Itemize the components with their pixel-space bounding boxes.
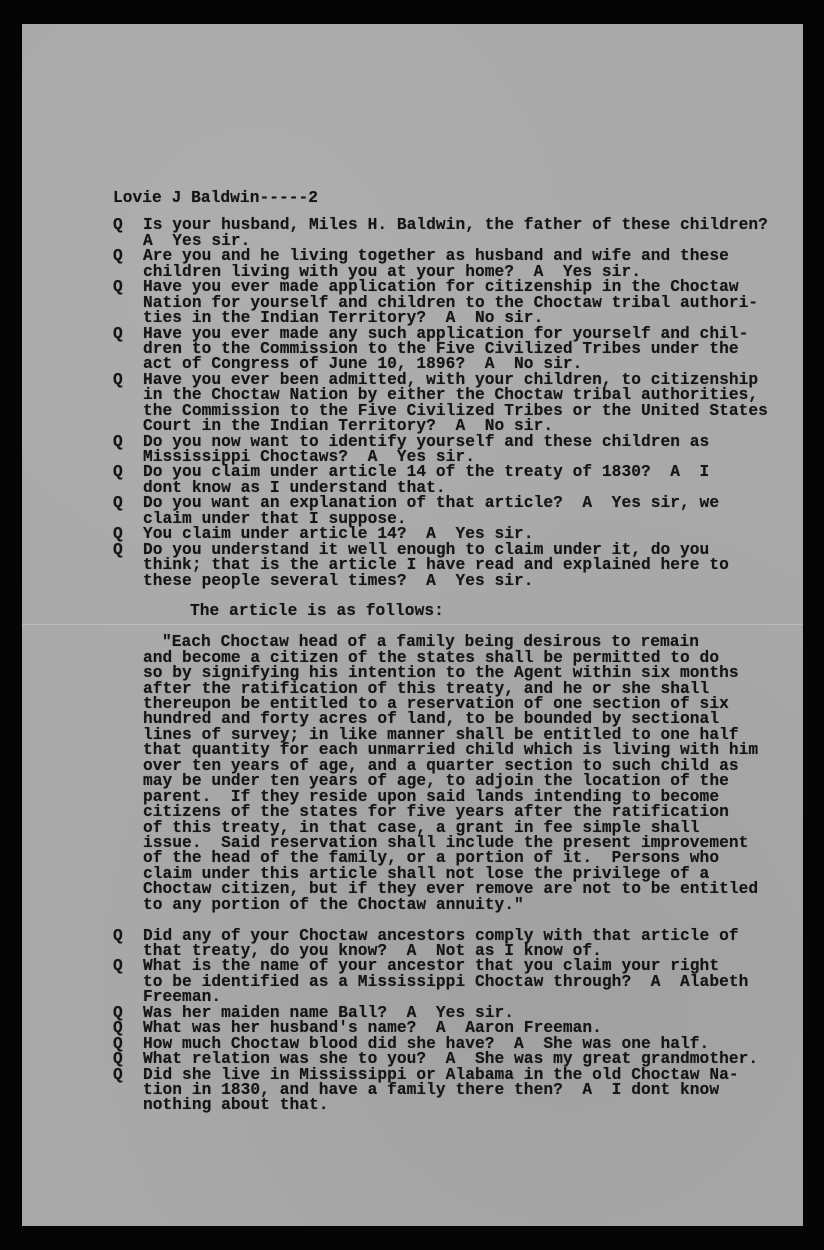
question-marker: Q	[113, 327, 143, 342]
qa-text: Have you ever made any such application …	[143, 327, 793, 373]
qa-text: Have you ever been admitted, with your c…	[143, 373, 793, 435]
question-marker: Q	[113, 435, 143, 450]
qa-entry: QDo you claim under article 14 of the tr…	[113, 465, 793, 496]
qa-entry: QDo you now want to identify yourself an…	[113, 435, 793, 466]
question-marker: Q	[113, 218, 143, 233]
question-marker: Q	[113, 465, 143, 480]
qa-entry: QDid she live in Mississippi or Alabama …	[113, 1068, 793, 1114]
qa-text: Do you claim under article 14 of the tre…	[143, 465, 793, 496]
article-intro: The article is as follows:	[113, 604, 793, 619]
qa-text: Do you now want to identify yourself and…	[143, 435, 793, 466]
qa-text: What is the name of your ancestor that y…	[143, 959, 793, 1005]
qa-text: Is your husband, Miles H. Baldwin, the f…	[143, 218, 793, 249]
text-line: to be identified as a Mississippi Chocta…	[143, 975, 793, 990]
article-quote: "Each Choctaw head of a family being des…	[113, 635, 793, 913]
quote-line: to any portion of the Choctaw annuity."	[113, 898, 793, 913]
text-line: these people several times? A Yes sir.	[143, 574, 793, 589]
qa-text: Did any of your Choctaw ancestors comply…	[143, 929, 793, 960]
qa-block-1: QIs your husband, Miles H. Baldwin, the …	[113, 218, 793, 589]
qa-text: Have you ever made application for citiz…	[143, 280, 793, 326]
qa-entry: QDo you understand it well enough to cla…	[113, 543, 793, 589]
question-marker: Q	[113, 959, 143, 974]
qa-text: Do you want an explanation of that artic…	[143, 496, 793, 527]
question-marker: Q	[113, 543, 143, 558]
qa-entry: QHave you ever made application for citi…	[113, 280, 793, 326]
qa-block-2: QDid any of your Choctaw ancestors compl…	[113, 929, 793, 1114]
qa-text: Are you and he living together as husban…	[143, 249, 793, 280]
qa-entry: QAre you and he living together as husba…	[113, 249, 793, 280]
qa-entry: QHave you ever been admitted, with your …	[113, 373, 793, 435]
qa-text: Do you understand it well enough to clai…	[143, 543, 793, 589]
question-marker: Q	[113, 496, 143, 511]
qa-entry: QDo you want an explanation of that arti…	[113, 496, 793, 527]
question-marker: Q	[113, 1068, 143, 1083]
qa-entry: QWhat is the name of your ancestor that …	[113, 959, 793, 1005]
text-line: nothing about that.	[143, 1098, 793, 1113]
page-header: Lovie J Baldwin-----2	[113, 191, 793, 206]
qa-entry: QIs your husband, Miles H. Baldwin, the …	[113, 218, 793, 249]
question-marker: Q	[113, 249, 143, 264]
qa-entry: QDid any of your Choctaw ancestors compl…	[113, 929, 793, 960]
transcript-body: Lovie J Baldwin-----2 QIs your husband, …	[113, 191, 793, 1114]
qa-entry: QHave you ever made any such application…	[113, 327, 793, 373]
question-marker: Q	[113, 280, 143, 295]
question-marker: Q	[113, 373, 143, 388]
question-marker: Q	[113, 929, 143, 944]
qa-text: Did she live in Mississippi or Alabama i…	[143, 1068, 793, 1114]
